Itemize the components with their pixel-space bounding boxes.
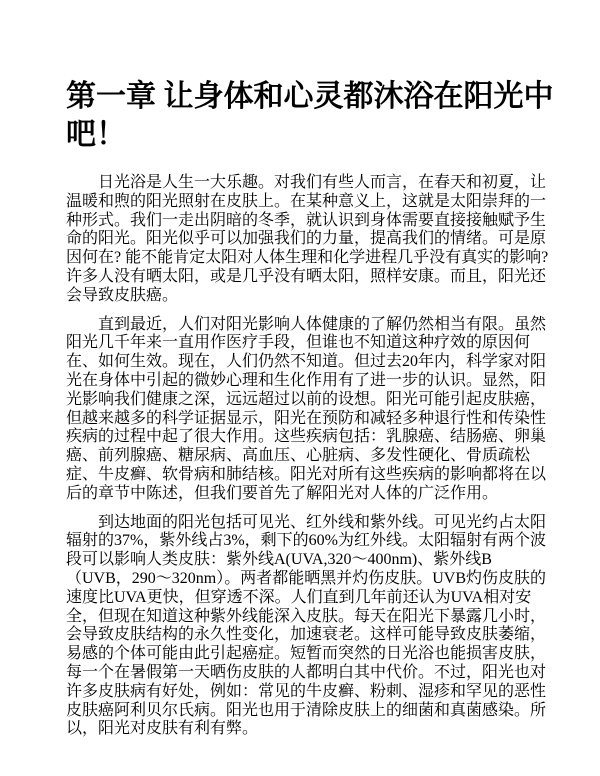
paragraph-intro-sunbathing: 日光浴是人生一大乐趣。对我们有些人而言，在春天和初夏，让温暖和煦的阳光照射在皮肤… [66,174,554,306]
chapter-title: 第一章 让身体和心灵都沐浴在阳光中吧！ [66,78,554,154]
document-body: 日光浴是人生一大乐趣。对我们有些人而言，在春天和初夏，让温暖和煦的阳光照射在皮肤… [66,174,554,739]
paragraph-health-effects: 直到最近，人们对阳光影响人体健康的了解仍然相当有限。虽然阳光几千年来一直用作医疗… [66,316,554,504]
document-page: 第一章 让身体和心灵都沐浴在阳光中吧！ 日光浴是人生一大乐趣。对我们有些人而言，… [0,0,600,776]
paragraph-uv-radiation: 到达地面的阳光包括可见光、红外线和紫外线。可见光约占太阳辐射的37%，紫外线占3… [66,514,554,740]
